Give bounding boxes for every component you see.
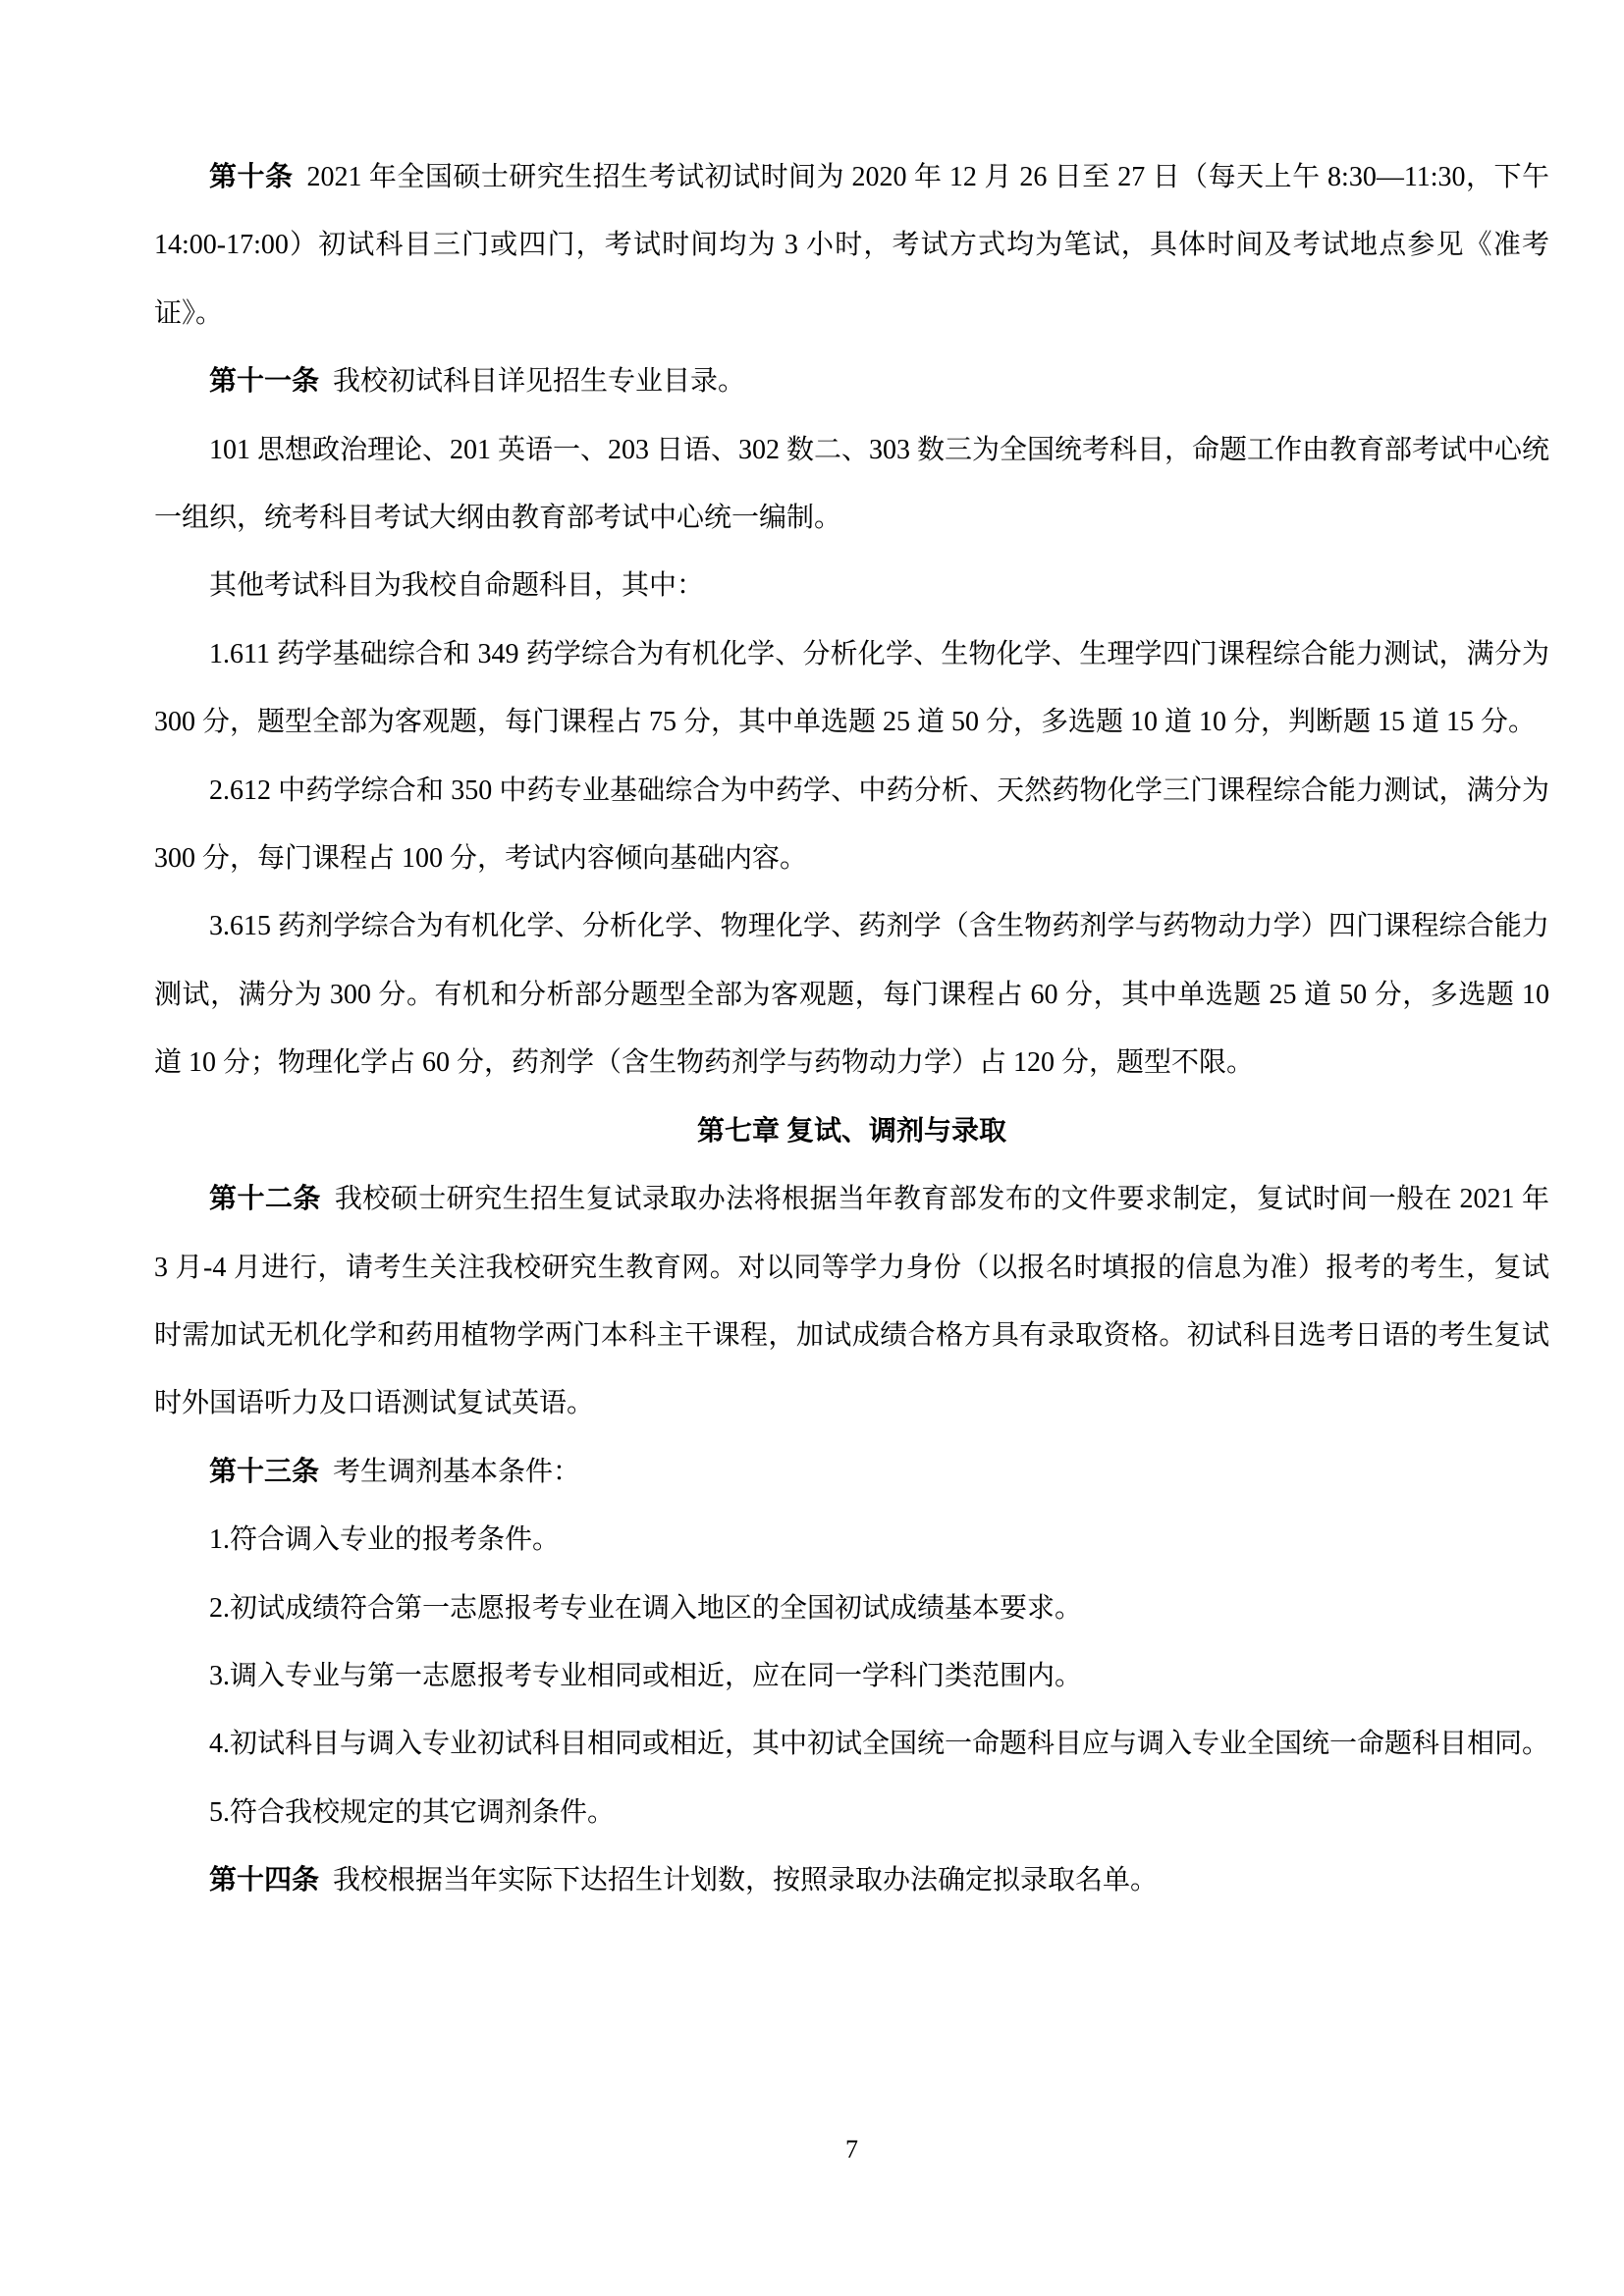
paragraph-text: 1.符合调入专业的报考条件。	[209, 1524, 560, 1555]
document-page: 第十条2021 年全国硕士研究生招生考试初试时间为 2020 年 12 月 26…	[0, 0, 1624, 2296]
page-number: 7	[154, 2130, 1549, 2169]
para-article-12: 第十二条我校硕士研究生招生复试录取办法将根据当年教育部发布的文件要求制定，复试时…	[154, 1165, 1549, 1438]
paragraph-text: 3.615 药剂学综合为有机化学、分析化学、物理化学、药剂学（含生物药剂学与药物…	[154, 911, 1549, 1078]
para-article-13: 第十三条考生调剂基本条件：	[154, 1438, 1549, 1506]
paragraph-text: 我校硕士研究生招生复试录取办法将根据当年教育部发布的文件要求制定，复试时间一般在…	[154, 1184, 1549, 1418]
paragraph-text: 4.初试科目与调入专业初试科目相同或相近，其中初试全国统一命题科目应与调入专业全…	[209, 1729, 1549, 1759]
para-transfer-condition-5: 5.符合我校规定的其它调剂条件。	[154, 1779, 1549, 1846]
paragraph-text: 5.符合我校规定的其它调剂条件。	[209, 1797, 615, 1828]
article-number: 第十条	[209, 162, 293, 192]
paragraph-text: 我校根据当年实际下达招生计划数，按照录取办法确定拟录取名单。	[333, 1865, 1158, 1896]
para-transfer-condition-3: 3.调入专业与第一志愿报考专业相同或相近，应在同一学科门类范围内。	[154, 1642, 1549, 1710]
paragraph-text: 考生调剂基本条件：	[333, 1457, 580, 1487]
para-unified-exam-subjects: 101 思想政治理论、201 英语一、203 日语、302 数二、303 数三为…	[154, 416, 1549, 553]
para-article-11: 第十一条我校初试科目详见招生专业目录。	[154, 347, 1549, 415]
para-transfer-condition-1: 1.符合调入专业的报考条件。	[154, 1506, 1549, 1574]
para-subject-611: 1.611 药学基础综合和 349 药学综合为有机化学、分析化学、生物化学、生理…	[154, 620, 1549, 757]
para-subject-615: 3.615 药剂学综合为有机化学、分析化学、物理化学、药剂学（含生物药剂学与药物…	[154, 892, 1549, 1096]
para-transfer-condition-2: 2.初试成绩符合第一志愿报考专业在调入地区的全国初试成绩基本要求。	[154, 1575, 1549, 1642]
paragraph-text: 2.612 中药学综合和 350 中药专业基础综合为中药学、中药分析、天然药物化…	[154, 775, 1549, 874]
paragraph-text: 3.调入专业与第一志愿报考专业相同或相近，应在同一学科门类范围内。	[209, 1661, 1082, 1691]
paragraph-text: 2.初试成绩符合第一志愿报考专业在调入地区的全国初试成绩基本要求。	[209, 1593, 1082, 1624]
chapter-heading: 第七章 复试、调剂与录取	[154, 1097, 1549, 1165]
paragraph-text: 我校初试科目详见招生专业目录。	[333, 366, 745, 397]
article-number: 第十四条	[209, 1865, 319, 1896]
para-self-proposed-intro: 其他考试科目为我校自命题科目，其中：	[154, 552, 1549, 619]
paragraph-text: 其他考试科目为我校自命题科目，其中：	[209, 570, 704, 601]
article-number: 第十二条	[209, 1184, 321, 1214]
para-article-10: 第十条2021 年全国硕士研究生招生考试初试时间为 2020 年 12 月 26…	[154, 143, 1549, 347]
para-transfer-condition-4: 4.初试科目与调入专业初试科目相同或相近，其中初试全国统一命题科目应与调入专业全…	[154, 1710, 1549, 1778]
para-subject-612: 2.612 中药学综合和 350 中药专业基础综合为中药学、中药分析、天然药物化…	[154, 757, 1549, 893]
article-number: 第十一条	[209, 366, 319, 397]
para-article-14: 第十四条我校根据当年实际下达招生计划数，按照录取办法确定拟录取名单。	[154, 1846, 1549, 1914]
paragraph-text: 1.611 药学基础综合和 349 药学综合为有机化学、分析化学、生物化学、生理…	[154, 639, 1549, 737]
paragraph-text: 2021 年全国硕士研究生招生考试初试时间为 2020 年 12 月 26 日至…	[154, 162, 1549, 329]
paragraph-text: 101 思想政治理论、201 英语一、203 日语、302 数二、303 数三为…	[154, 435, 1549, 533]
document-body: 第十条2021 年全国硕士研究生招生考试初试时间为 2020 年 12 月 26…	[154, 143, 1549, 1915]
article-number: 第十三条	[209, 1457, 319, 1487]
